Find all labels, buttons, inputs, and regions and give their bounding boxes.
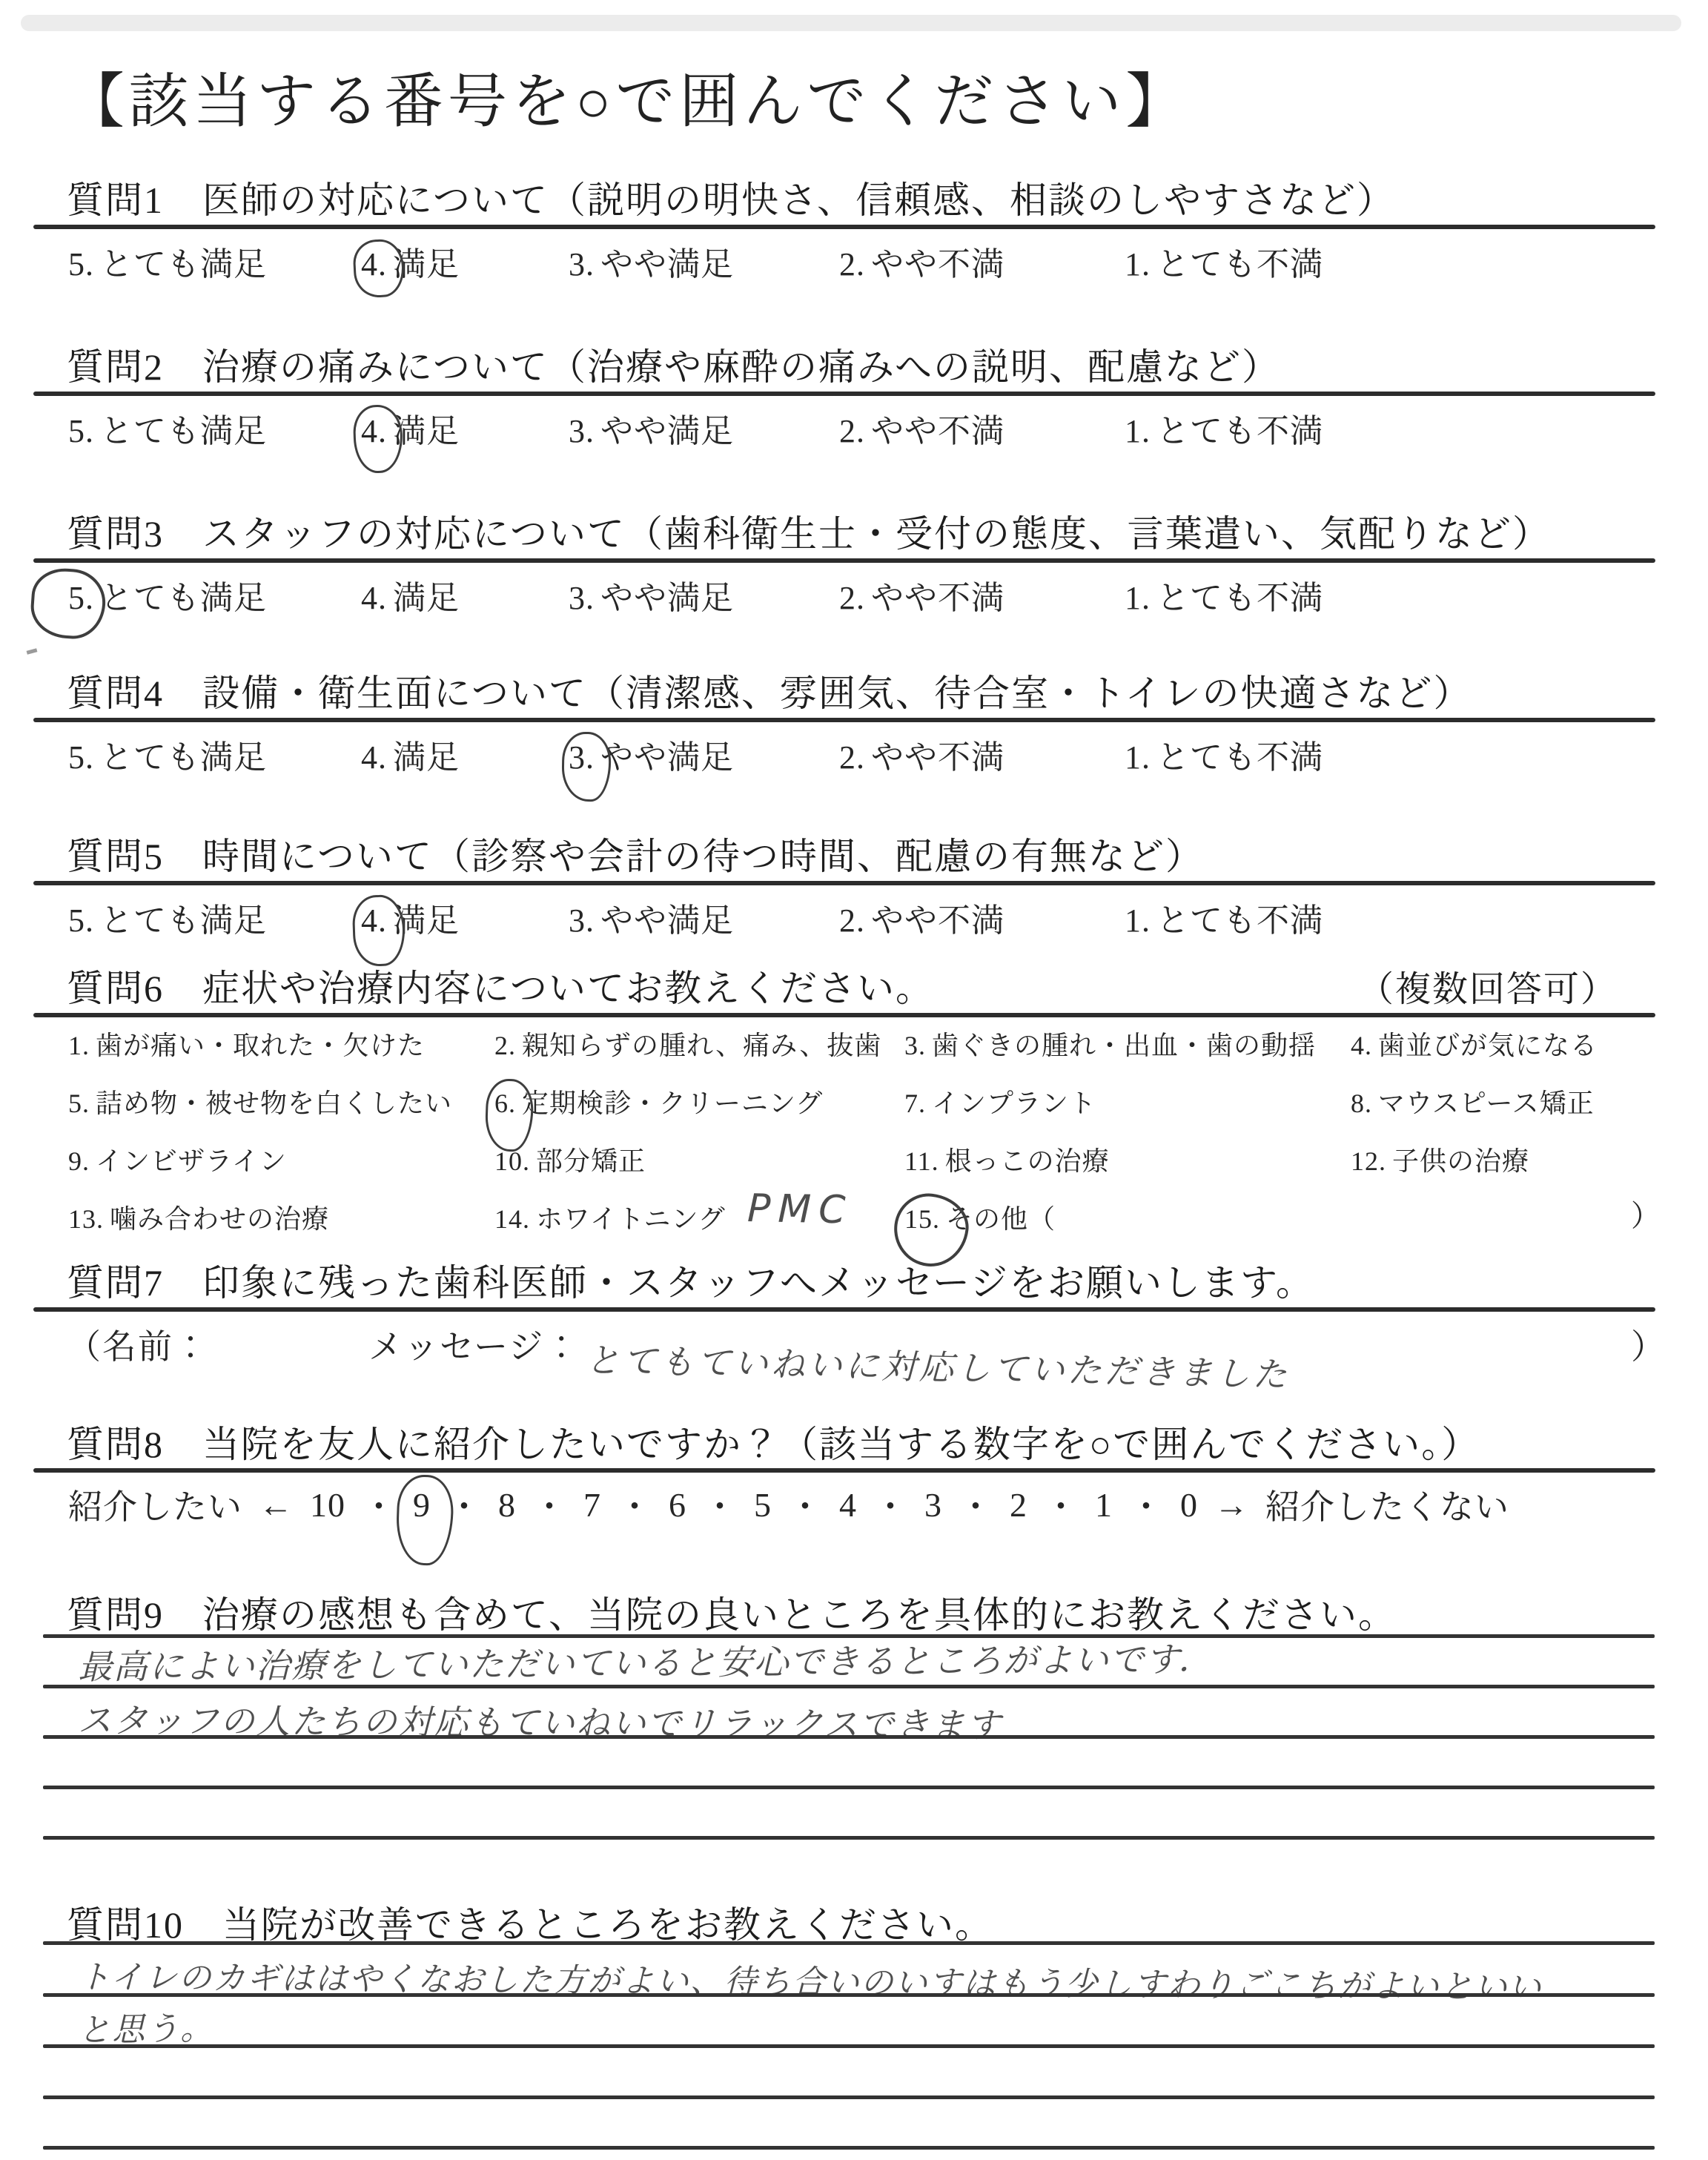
question-6-heading: 質問6 症状や治療内容についてお教えください。 bbox=[67, 959, 934, 1012]
scale-number: 2 bbox=[1010, 1485, 1027, 1525]
treatment-item: 4.歯並びが気になる bbox=[1351, 1025, 1598, 1063]
treatment-item: 7.インプラント bbox=[904, 1083, 1096, 1120]
scale-number: 3 bbox=[924, 1485, 942, 1525]
rating-option: 4.満足 bbox=[361, 730, 460, 778]
option-number: 3. bbox=[569, 245, 595, 283]
rating-option: 2.やや不満 bbox=[839, 571, 1004, 618]
scale-number: 7 bbox=[583, 1485, 601, 1525]
rating-option: 2.やや不満 bbox=[839, 237, 1004, 285]
scale-separator: ・ bbox=[1129, 1480, 1164, 1529]
divider-line bbox=[33, 558, 1655, 563]
question-8-heading: 質問8 当院を友人に紹介したいですか？（該当する数字を○で囲んでください。） bbox=[67, 1415, 1480, 1468]
ruled-line bbox=[43, 1786, 1655, 1789]
right-arrow-icon: → bbox=[1214, 1485, 1249, 1525]
option-number: 5. bbox=[68, 412, 94, 450]
treatment-item: 13.噛み合わせの治療 bbox=[68, 1198, 329, 1236]
treatment-item: 15.その他（ bbox=[904, 1198, 1056, 1236]
rating-option: 4.満足 bbox=[361, 404, 460, 452]
scale-right-label: 紹介したくない bbox=[1265, 1480, 1509, 1529]
treatment-item: 6.定期検診・クリーニング bbox=[494, 1083, 823, 1120]
scale-separator: ・ bbox=[618, 1480, 652, 1529]
scale-separator: ・ bbox=[788, 1480, 823, 1529]
page-title: 【該当する番号を○で囲んでください】 bbox=[65, 53, 1189, 139]
ruled-line bbox=[43, 1836, 1655, 1840]
scale-number: 4 bbox=[839, 1485, 857, 1525]
option-number: 3. bbox=[569, 412, 595, 450]
message-field-label: メッセージ： bbox=[368, 1320, 580, 1369]
question-7-heading: 質問7 印象に残った歯科医師・スタッフへメッセージをお願いします。 bbox=[67, 1253, 1314, 1307]
rating-option: 2.やや不満 bbox=[839, 730, 1004, 778]
other-close-paren: ） bbox=[1631, 1192, 1661, 1235]
handwritten-answer: と思う。 bbox=[77, 2001, 214, 2051]
question-3-options: 5.とても満足 4.満足 3.やや満足 2.やや不満 1.とても不満 bbox=[0, 571, 1708, 618]
scale-separator: ・ bbox=[959, 1480, 993, 1529]
question-9-heading: 質問9 治療の感想も含めて、当院の良いところを具体的にお教えください。 bbox=[67, 1585, 1397, 1639]
rating-option: 5.とても満足 bbox=[68, 571, 267, 618]
option-number: 4. bbox=[361, 739, 387, 776]
question-1-heading: 質問1 医師の対応について（説明の明快さ、信頼感、相談のしやすさなど） bbox=[67, 171, 1395, 224]
option-number: 1. bbox=[1125, 579, 1151, 617]
treatment-item: 14.ホワイトニング bbox=[494, 1198, 726, 1236]
rating-option: 5.とても満足 bbox=[68, 894, 267, 941]
divider-line bbox=[33, 881, 1655, 885]
scale-separator: ・ bbox=[532, 1480, 567, 1529]
rating-option: 2.やや不満 bbox=[839, 404, 1004, 452]
question-2-heading: 質問2 治療の痛みについて（治療や麻酔の痛みへの説明、配慮など） bbox=[67, 337, 1280, 391]
option-number: 2. bbox=[839, 902, 865, 939]
rating-option: 5.とても満足 bbox=[68, 730, 267, 778]
ruled-line bbox=[43, 2146, 1655, 2150]
treatment-item: 5.詰め物・被せ物を白くしたい bbox=[68, 1083, 452, 1120]
survey-form-page: 【該当する番号を○で囲んでください】 質問1 医師の対応について（説明の明快さ、… bbox=[0, 0, 1708, 2160]
question-4-heading: 質問4 設備・衛生面について（清潔感、雰囲気、待合室・トイレの快適さなど） bbox=[67, 664, 1472, 717]
divider-line bbox=[33, 718, 1655, 722]
option-number: 5. bbox=[68, 739, 94, 776]
rating-option: 5.とても満足 bbox=[68, 404, 267, 452]
option-number: 3. bbox=[569, 902, 595, 939]
rating-option: 3.やや満足 bbox=[569, 894, 734, 941]
option-number: 2. bbox=[839, 739, 865, 776]
rating-option: 1.とても不満 bbox=[1125, 730, 1323, 778]
rating-option: 1.とても不満 bbox=[1125, 571, 1323, 618]
question-5-options: 5.とても満足 4.満足 3.やや満足 2.やや不満 1.とても不満 bbox=[0, 894, 1708, 941]
question-4-options: 5.とても満足 4.満足 3.やや満足 2.やや不満 1.とても不満 bbox=[0, 730, 1708, 778]
option-number: 4. bbox=[361, 245, 387, 283]
scan-artifact bbox=[27, 648, 38, 654]
message-close-paren: ） bbox=[1631, 1320, 1666, 1369]
question-1-options: 5.とても満足 4.満足 3.やや満足 2.やや不満 1.とても不満 bbox=[0, 237, 1708, 285]
name-field-label: （名前： bbox=[67, 1320, 209, 1369]
multi-answer-note: （複数回答可） bbox=[1358, 960, 1618, 1011]
scale-separator: ・ bbox=[447, 1480, 482, 1529]
scale-number: 1 bbox=[1095, 1485, 1113, 1525]
scale-separator: ・ bbox=[362, 1480, 397, 1529]
rating-option: 1.とても不満 bbox=[1125, 894, 1323, 941]
treatment-item: 2.親知らずの腫れ、痛み、抜歯 bbox=[494, 1025, 881, 1063]
scale-number: 5 bbox=[754, 1485, 772, 1525]
scale-separator: ・ bbox=[1044, 1480, 1079, 1529]
treatment-item: 12.子供の治療 bbox=[1351, 1140, 1529, 1178]
treatment-item: 10.部分矯正 bbox=[494, 1140, 646, 1178]
handwritten-answer: 最高によい治療をしていただいていると安心できるところがよいです． bbox=[78, 1632, 1214, 1689]
scale-number: 9 bbox=[413, 1485, 431, 1525]
question-5-heading: 質問5 時間について（診察や会計の待つ時間、配慮の有無など） bbox=[67, 827, 1204, 880]
rating-option: 3.やや満足 bbox=[569, 237, 734, 285]
treatment-item: 8.マウスピース矯正 bbox=[1351, 1083, 1595, 1120]
rating-option: 3.やや満足 bbox=[569, 730, 734, 778]
ruled-line bbox=[43, 2095, 1655, 2099]
rating-option: 3.やや満足 bbox=[569, 404, 734, 452]
rating-option: 1.とても不満 bbox=[1125, 404, 1323, 452]
rating-option: 1.とても不満 bbox=[1125, 237, 1323, 285]
option-number: 5. bbox=[68, 245, 94, 283]
option-number: 4. bbox=[361, 412, 387, 450]
rating-option: 4.満足 bbox=[361, 237, 460, 285]
handwritten-answer: スタッフの人たちの対応もていねいでリラックスできます bbox=[78, 1694, 1002, 1748]
scale-separator: ・ bbox=[703, 1480, 738, 1529]
rating-option: 5.とても満足 bbox=[68, 237, 267, 285]
scale-separator: ・ bbox=[873, 1480, 908, 1529]
option-number: 5. bbox=[68, 579, 94, 617]
rating-option: 4.満足 bbox=[361, 571, 460, 618]
option-number: 4. bbox=[361, 902, 387, 939]
nps-scale-row: 紹介したい ← 10 ・ 9 ・ 8 ・ 7 ・ 6 ・ 5 ・ 4 ・ 3 ・… bbox=[68, 1480, 1509, 1529]
treatment-item: 1.歯が痛い・取れた・欠けた bbox=[68, 1025, 425, 1063]
scale-left-label: 紹介したい bbox=[68, 1480, 242, 1529]
scale-number: 6 bbox=[669, 1485, 686, 1525]
ruled-line bbox=[43, 1735, 1655, 1739]
option-number: 5. bbox=[68, 902, 94, 939]
ruled-line bbox=[43, 2044, 1655, 2048]
ruled-line bbox=[43, 1993, 1655, 1997]
option-number: 2. bbox=[839, 412, 865, 450]
divider-line bbox=[33, 225, 1655, 229]
option-number: 1. bbox=[1125, 245, 1151, 283]
left-arrow-icon: ← bbox=[259, 1485, 294, 1525]
option-number: 3. bbox=[569, 579, 595, 617]
scale-number: 10 bbox=[310, 1485, 345, 1525]
option-number: 1. bbox=[1125, 902, 1151, 939]
divider-line bbox=[33, 1468, 1655, 1473]
rating-option: 3.やや満足 bbox=[569, 571, 734, 618]
scale-number: 8 bbox=[498, 1485, 516, 1525]
scale-number: 0 bbox=[1180, 1485, 1198, 1525]
handwritten-answer: トイレのカギははやくなおした方がよい、待ち合いのいすはもう少しすわりごこちがよい… bbox=[78, 1950, 1543, 2008]
option-number: 2. bbox=[839, 245, 865, 283]
divider-line bbox=[33, 1307, 1655, 1312]
treatment-item: 11.根っこの治療 bbox=[904, 1140, 1110, 1178]
scan-artifact bbox=[21, 15, 1681, 31]
divider-line bbox=[33, 392, 1655, 396]
ruled-line bbox=[43, 1941, 1655, 1945]
treatment-item: 9.インビザライン bbox=[68, 1140, 287, 1178]
question-3-heading: 質問3 スタッフの対応について（歯科衛生士・受付の態度、言葉遣い、気配りなど） bbox=[67, 504, 1551, 558]
treatment-item: 3.歯ぐきの腫れ・出血・歯の動揺 bbox=[904, 1025, 1316, 1063]
handwritten-message: とてもていねいに対応していただきました bbox=[585, 1333, 1290, 1397]
divider-line bbox=[33, 1013, 1655, 1017]
option-number: 4. bbox=[361, 579, 387, 617]
rating-option: 4.満足 bbox=[361, 894, 460, 941]
rating-option: 2.やや不満 bbox=[839, 894, 1004, 941]
option-number: 1. bbox=[1125, 412, 1151, 450]
option-number: 2. bbox=[839, 579, 865, 617]
question-2-options: 5.とても満足 4.満足 3.やや満足 2.やや不満 1.とても不満 bbox=[0, 404, 1708, 452]
handwritten-other-value: PMC bbox=[747, 1186, 853, 1232]
option-number: 1. bbox=[1125, 739, 1151, 776]
option-number: 3. bbox=[569, 739, 595, 776]
ruled-line bbox=[43, 1685, 1655, 1688]
